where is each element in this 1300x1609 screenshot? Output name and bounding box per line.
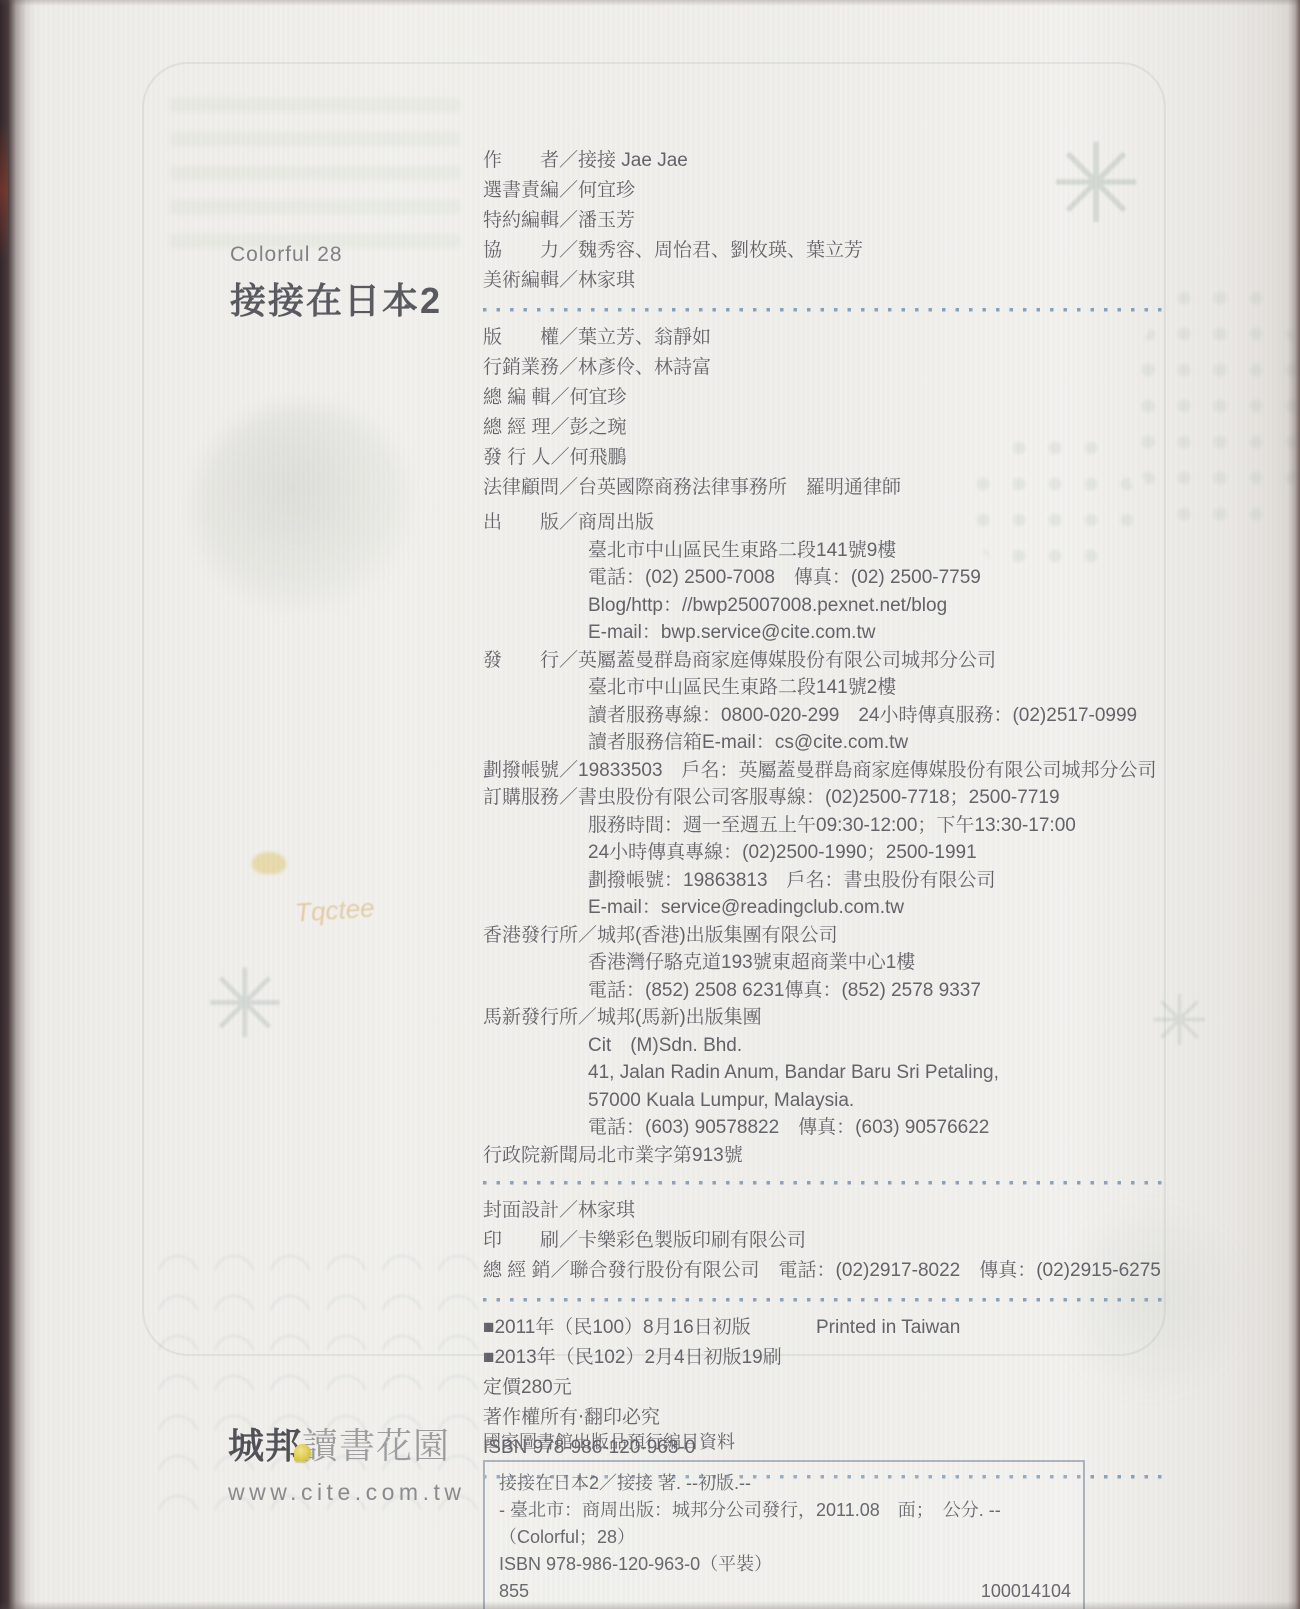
printer-line: 印 刷／卡樂彩色製版印刷有限公司 xyxy=(483,1226,1178,1256)
publisher-email: E-mail：bwp.service@cite.com.tw xyxy=(483,619,1178,647)
rights-line: 總 編 輯／何宜珍 xyxy=(483,383,1178,413)
first-edition-date: ■2011年（民100）8月16日初版 xyxy=(483,1317,751,1338)
my-branch-line: 馬新發行所／城邦(馬新)出版集團 xyxy=(483,1004,1178,1032)
cip-imprint-line: - 臺北市：商周出版：城邦分公司發行，2011.08 面； 公分. --（Col… xyxy=(499,1497,1071,1551)
flower-icon xyxy=(294,1444,311,1461)
staff-line: 美術編輯／林家琪 xyxy=(483,266,1178,296)
hk-address: 香港灣仔駱克道193號東超商業中心1樓 xyxy=(483,949,1178,977)
hk-phone-fax: 電話：(852) 2508 6231傳真：(852) 2578 9337 xyxy=(483,977,1178,1005)
general-distributor-line: 總 經 銷／聯合發行股份有限公司 電話：(02)2917-8022 傳真：(02… xyxy=(483,1256,1178,1286)
distributor-address: 臺北市中山區民生東路二段141號2樓 xyxy=(483,674,1178,702)
publisher-address: 臺北市中山區民生東路二段141號9樓 xyxy=(483,537,1178,565)
cip-box: 接接在日本2／接接 著. --初版.-- - 臺北市：商周出版：城邦分公司發行，… xyxy=(483,1460,1085,1609)
cite-logo: 城邦讀書花園 xyxy=(228,1418,465,1469)
hk-branch-line: 香港發行所／城邦(香港)出版集團有限公司 xyxy=(483,922,1178,950)
book-title: 接接在日本2 xyxy=(230,273,442,324)
printed-in-taiwan: Printed in Taiwan xyxy=(816,1313,960,1343)
scan-edge-red-tint xyxy=(0,120,8,260)
series-label: Colorful 28 xyxy=(230,243,442,267)
distributor-line: 發 行／英屬蓋曼群島商家庭傳媒股份有限公司城邦分公司 xyxy=(483,647,1178,675)
staff-line: 協 力／魏秀容、周怡君、劉枚瑛、葉立芳 xyxy=(483,236,1178,266)
cip-title-line: 接接在日本2／接接 著. --初版.-- xyxy=(499,1470,1071,1497)
first-edition-line: ■2011年（民100）8月16日初版 Printed in Taiwan xyxy=(483,1313,1178,1343)
scanned-book-page: ✳ ✳ ✳ Tqctee Colorful 28 接接在日本2 作 者／接接 J… xyxy=(0,0,1300,1609)
cip-header: 國家圖書館出版品預行編目資料 xyxy=(483,1428,1083,1454)
cite-url: www.cite.com.tw xyxy=(228,1479,465,1506)
ordering-fax: 24小時傳真專線：(02)2500-1990；2500-1991 xyxy=(483,839,1178,867)
cover-design-line: 封面設計／林家琪 xyxy=(483,1196,1178,1226)
my-phone-fax: 電話：(603) 90578822 傳真：(603) 90576622 xyxy=(483,1114,1178,1142)
gio-license-line: 行政院新聞局北市業字第913號 xyxy=(483,1142,1178,1170)
rights-credits-block: 版 權／葉立芳、翁靜如 行銷業務／林彥伶、林詩富 總 編 輯／何宜珍 總 經 理… xyxy=(483,323,1178,503)
dotted-divider xyxy=(483,1298,1167,1302)
dotted-divider xyxy=(483,308,1167,312)
rights-line: 發 行 人／何飛鵬 xyxy=(483,443,1178,473)
rights-line: 行銷業務／林彥伶、林詩富 xyxy=(483,353,1178,383)
staff-line: 作 者／接接 Jae Jae xyxy=(483,146,1178,176)
staff-line: 特約編輯／潘玉芳 xyxy=(483,206,1178,236)
series-title-block: Colorful 28 接接在日本2 xyxy=(230,243,442,324)
cite-logo-block: 城邦讀書花園 www.cite.com.tw xyxy=(228,1418,465,1506)
distributor-email: 讀者服務信箱E-mail：cs@cite.com.tw xyxy=(483,729,1178,757)
rights-line: 總 經 理／彭之琬 xyxy=(483,413,1178,443)
rights-line: 版 權／葉立芳、翁靜如 xyxy=(483,323,1178,353)
reprint-line: ■2013年（民102）2月4日初版19刷 xyxy=(483,1343,1178,1373)
postal-account-line: 劃撥帳號／19833503 戶名：英屬蓋曼群島商家庭傳媒股份有限公司城邦分公司 xyxy=(483,757,1178,785)
ordering-line: 訂購服務／書虫股份有限公司客服專線：(02)2500-7718；2500-771… xyxy=(483,784,1178,812)
staff-line: 選書責編／何宜珍 xyxy=(483,176,1178,206)
cip-section: 國家圖書館出版品預行編目資料 接接在日本2／接接 著. --初版.-- - 臺北… xyxy=(483,1428,1083,1609)
publisher-blog: Blog/http：//bwp25007008.pexnet.net/blog xyxy=(483,592,1178,620)
distributor-hotline: 讀者服務專線：0800-020-299 24小時傳真服務：(02)2517-09… xyxy=(483,702,1178,730)
my-company: Cit (M)Sdn. Bhd. xyxy=(483,1032,1178,1060)
cite-logo-bold: 城邦 xyxy=(228,1425,302,1466)
scan-edge-bottom xyxy=(0,1601,1300,1609)
scan-edge-top xyxy=(0,0,1300,6)
scan-edge-right xyxy=(1230,0,1300,1609)
colophon-column: 作 者／接接 Jae Jae 選書責編／何宜珍 特約編輯／潘玉芳 協 力／魏秀容… xyxy=(483,146,1178,1490)
ordering-hours: 服務時間：週一至週五上午09:30-12:00；下午13:30-17:00 xyxy=(483,812,1178,840)
cite-logo-light: 讀書花園 xyxy=(302,1425,450,1466)
ghost-fish-doodle xyxy=(252,852,286,874)
publisher-phone-fax: 電話：(02) 2500-7008 傳真：(02) 2500-7759 xyxy=(483,564,1178,592)
cip-isbn-line: ISBN 978-986-120-963-0（平裝） xyxy=(499,1551,1071,1578)
dotted-divider xyxy=(483,1181,1167,1185)
staff-credits-block: 作 者／接接 Jae Jae 選書責編／何宜珍 特約編輯／潘玉芳 協 力／魏秀容… xyxy=(483,146,1178,296)
publisher-block: 出 版／商周出版 臺北市中山區民生東路二段141號9樓 電話：(02) 2500… xyxy=(483,509,1178,1169)
publisher-line: 出 版／商周出版 xyxy=(483,509,1178,537)
ordering-postal: 劃撥帳號：19863813 戶名：書虫股份有限公司 xyxy=(483,867,1178,895)
ghost-text-bleedthrough xyxy=(170,98,460,248)
my-address-2: 57000 Kuala Lumpur, Malaysia. xyxy=(483,1087,1178,1115)
ordering-email: E-mail：service@readingclub.com.tw xyxy=(483,894,1178,922)
snowflake-icon: ✳ xyxy=(205,950,285,1060)
ghost-cartoon-character xyxy=(195,405,410,610)
rights-line: 法律顧問／台英國際商務法律事務所 羅明通律師 xyxy=(483,473,1178,503)
production-block: 封面設計／林家琪 印 刷／卡樂彩色製版印刷有限公司 總 經 銷／聯合發行股份有限… xyxy=(483,1196,1178,1286)
price-line: 定價280元 xyxy=(483,1373,1178,1403)
ghost-handwriting: Tqctee xyxy=(294,892,375,928)
my-address-1: 41, Jalan Radin Anum, Bandar Baru Sri Pe… xyxy=(483,1059,1178,1087)
